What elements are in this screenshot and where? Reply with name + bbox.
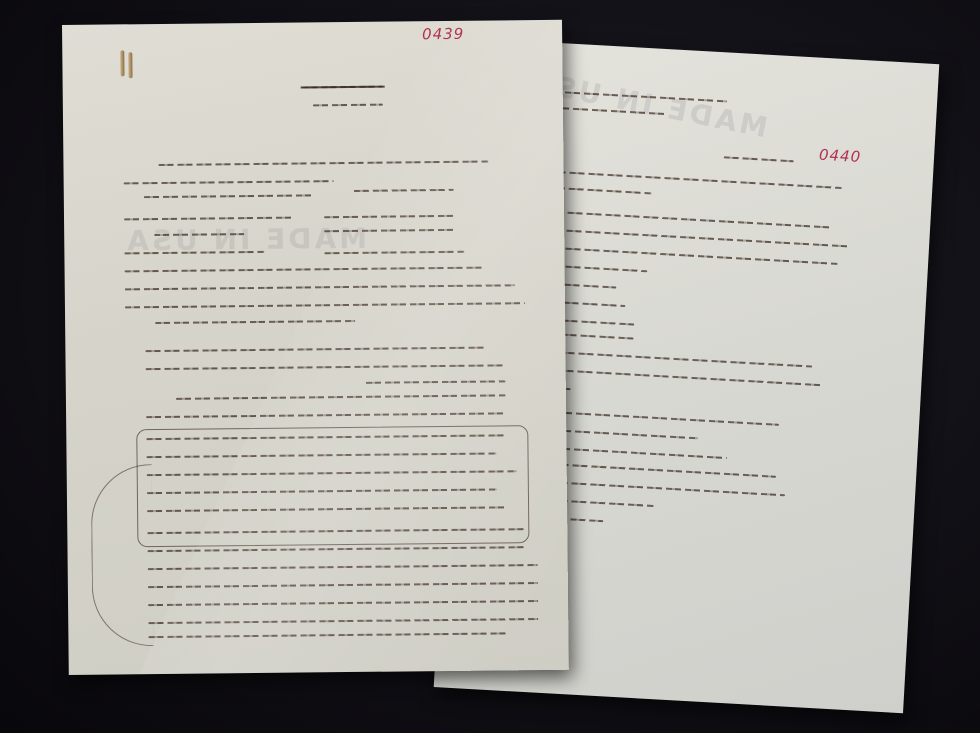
margin-arc	[91, 464, 154, 647]
page-number: 0439	[422, 25, 464, 43]
staple	[120, 50, 124, 76]
page-number: 0440	[819, 146, 862, 166]
staple	[128, 52, 132, 78]
handwritten-text	[62, 20, 562, 25]
manuscript-page-left: MADE IN USA 0439	[62, 20, 569, 675]
